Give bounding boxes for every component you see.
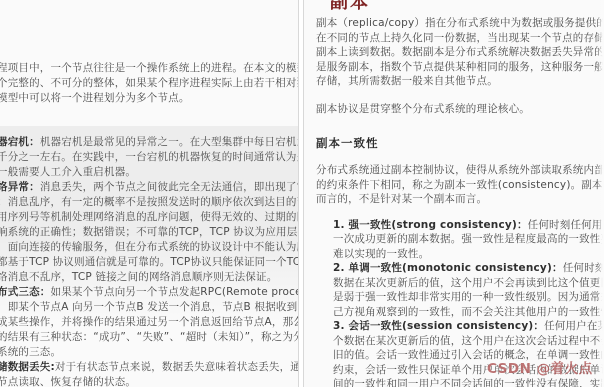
text-line: 响系统的正确性；数据错误；不可靠的TCP，TCP 协议为应用层提供了可 [0, 225, 298, 240]
text-line: 2. 单调一致性(monotonic consistency)：任何时刻，任何用… [333, 261, 604, 276]
text-line: 个完整的、不可分的整体，如果某个程序进程实际上由若干相对独立部分 [0, 76, 298, 91]
line-text: 一次成功更新的副本数据。强一致性是程度最高的一致性要求，也是 [333, 233, 604, 245]
text-line: 而言的，不是针对某一个副本而言。 [316, 192, 604, 207]
text-line: 1. 强一致性(strong consistency)：任何时刻任何用户或节点都… [333, 218, 604, 233]
line-text: 副本协议是贯穿整个分布式系统的理论核心。 [316, 103, 530, 115]
term-bold: 储数据丢失: [0, 361, 55, 373]
text-line: 一般需要人工介入重启机器。 [0, 165, 298, 180]
term-bold: 络异常： [0, 181, 40, 193]
text-line: 程项目中，一个节点往往是一个操作系统上的进程。在本文的模型中，认 [0, 61, 298, 76]
left-page: 程项目中，一个节点往往是一个操作系统上的进程。在本文的模型中，认 个完整的、不可… [0, 0, 299, 387]
line-text: 任何用户在某一次会话内一 [544, 320, 604, 332]
text-line: 一次成功更新的副本数据。强一致性是程度最高的一致性要求，也是 [333, 232, 604, 247]
text-line: 的约束条件下相同，称之为副本一致性(consistency)。副本一致性是针对 [316, 178, 604, 193]
line-text: 难以实现的一致性。 [333, 248, 429, 260]
text-line: ；消息乱序，有一定的概率不是按照发送时的顺序依次到达目的节点，考 [0, 195, 298, 210]
document-screenshot: 程项目中，一个节点往往是一个操作系统上的进程。在本文的模型中，认 个完整的、不可… [0, 0, 604, 387]
line-text: 系统的三态。 [0, 346, 61, 358]
paragraph: 器宕机：机器宕机是最常见的异常之一。在大型集群中每日宕机发生的概 千分之一左右。… [0, 135, 298, 387]
line-text: 副本上读到数据。数据副本是分布式系统解决数据丢失异常的唯一手段。 [316, 46, 604, 58]
line-text: 节点读取、恢复存储的状态。 [0, 376, 136, 387]
text-line: 是服务副本，指数个节点提供某种相同的服务，这种服务一般并不依赖于 [316, 60, 604, 75]
text-line: 难以实现的一致性。 [333, 247, 604, 262]
line-text: 千分之一左右。在实践中，一台宕机的机器恢复的时间通常认为是24 小 [0, 151, 299, 163]
line-text: 一般需要人工介入重启机器。 [0, 166, 136, 178]
text-line: 节点读取、恢复存储的状态。 [0, 375, 298, 387]
text-line: ，即某个节点A 向另一个节点B 发送一个消息，节点B 根据收到的消息内 [0, 300, 298, 315]
line-text: 在不同的节点上持久化同一份数据，当出现某一个节点的存储的数据丢失 [316, 32, 604, 44]
text-line: 络异常：消息丢失，两个节点之间彼此完全无法通信，即出现了“网络分 [0, 180, 298, 195]
text-line: 数据在某次更新后的值，这个用户不会再读到比这个值更旧的值。单 [333, 276, 604, 291]
text-line: 己方视角观察到的一致性，而不会关注其他用户的一致性情况。 [333, 305, 604, 320]
line-text: 都基于TCP 协议则通信就是可靠的。TCP协议只能保证同一个TCP 链接内 [0, 256, 299, 268]
term-bold: 器宕机： [0, 136, 40, 148]
text-line: 间的一致性和同一用户不同会话间的一致性没有保障，实践中有许多 [333, 377, 604, 387]
line-text: 分布式系统通过副本控制协议，使得从系统外部读取系统内部各个副本的 [316, 164, 604, 176]
line-text: 的约束条件下相同，称之为副本一致性(consistency)。副本一致性是针对 [316, 179, 604, 191]
term-bold: 布式三态： [0, 286, 51, 298]
text-line: 都基于TCP 协议则通信就是可靠的。TCP协议只能保证同一个TCP 链接内 [0, 255, 298, 270]
text-line: 是弱于强一致性却非常实用的一种一致性级别。因为通常来说，用户 [333, 290, 604, 305]
text-line: 存储，其所需数据一般来自其他节点。 [316, 74, 604, 89]
text-line: 系统的三态。 [0, 345, 298, 360]
left-page-text: 程项目中，一个节点往往是一个操作系统上的进程。在本文的模型中，认 个完整的、不可… [0, 0, 298, 387]
line-text: ；消息乱序，有一定的概率不是按照发送时的顺序依次到达目的节点，考 [0, 196, 299, 208]
text-line: 储数据丢失:对于有状态节点来说，数据丢失意味着状态丢失，通常只能从 [0, 360, 298, 375]
section-heading: 副本一致性 [316, 135, 604, 151]
line-text: 存储，其所需数据一般来自其他节点。 [316, 75, 498, 87]
line-text: 己方视角观察到的一致性，而不会关注其他用户的一致性情况。 [333, 306, 604, 318]
text-line: 个数据在某次更新后的值，这个用户在这次会话过程中不会再读到比 [333, 334, 604, 349]
right-page: 副本 副本（replica/copy）指在分布式系统中为数据或服务提供的冗余。对… [303, 0, 604, 387]
text-line: 副本（replica/copy）指在分布式系统中为数据或服务提供的冗余。对于 [316, 16, 604, 31]
line-text: ，即某个节点A 向另一个节点B 发送一个消息，节点B 根据收到的消息内 [0, 301, 299, 313]
line-text: 而言的，不是针对某一个副本而言。 [316, 193, 487, 205]
text-line: 用序列号等机制处理网络消息的乱序问题，使得无效的、过期的网络消息 [0, 210, 298, 225]
text-line: 副本上读到数据。数据副本是分布式系统解决数据丢失异常的唯一手段。 [316, 45, 604, 60]
line-text: 个完整的、不可分的整体，如果某个程序进程实际上由若干相对独立部分 [0, 77, 299, 89]
term-bold: 1. 强一致性(strong consistency)： [333, 219, 528, 231]
line-text: 是弱于强一致性却非常实用的一种一致性级别。因为通常来说，用户 [333, 291, 604, 303]
line-text: 对于有状态节点来说，数据丢失意味着状态丢失，通常只能从 [55, 361, 299, 373]
text-line: 的结果有三种状态：“成功”、“失败”、“超时（未知）”，称之为分 [0, 330, 298, 345]
line-text: 用序列号等机制处理网络消息的乱序问题，使得无效的、过期的网络消息 [0, 211, 299, 223]
line-text: 个数据在某次更新后的值，这个用户在这次会话过程中不会再读到比 [333, 335, 604, 347]
text-line: 布式三态：如果某个节点向另一个节点发起RPC(Remote procedure … [0, 285, 298, 300]
text-line: 在不同的节点上持久化同一份数据，当出现某一个节点的存储的数据丢失 [316, 31, 604, 46]
text-line: 分布式系统通过副本控制协议，使得从系统外部读取系统内部各个副本的 [316, 163, 604, 178]
paragraph: 副本协议是贯穿整个分布式系统的理论核心。 [316, 102, 604, 117]
text-line: 、面向连接的传输服务，但在分布式系统的协议设计中不能认为所有网络 [0, 240, 298, 255]
paragraph: 副本（replica/copy）指在分布式系统中为数据或服务提供的冗余。对于 在… [316, 16, 604, 89]
line-text: 任何时刻任何用户或节点都可以 [528, 219, 604, 231]
line-text: 机器宕机是最常见的异常之一。在大型集群中每日宕机发生的概 [40, 136, 299, 148]
line-text: 间的一致性和同一用户不同会话间的一致性没有保障，实践中有许多 [333, 378, 604, 387]
text-line: 模型中可以将一个进程划分为多个节点。 [0, 91, 298, 106]
line-text: 成某些操作，并将操作的结果通过另一个消息返回给节点A，那么这个RPC [0, 316, 299, 328]
paragraph: 程项目中，一个节点往往是一个操作系统上的进程。在本文的模型中，认 个完整的、不可… [0, 61, 298, 106]
line-text: 程项目中，一个节点往往是一个操作系统上的进程。在本文的模型中，认 [0, 62, 299, 74]
text-line: 3. 会话一致性(session consistency)：任何用户在某一次会话… [333, 319, 604, 334]
text-line: 成某些操作，并将操作的结果通过另一个消息返回给节点A，那么这个RPC [0, 315, 298, 330]
line-text: 模型中可以将一个进程划分为多个节点。 [0, 92, 190, 104]
text-line: 器宕机：机器宕机是最常见的异常之一。在大型集群中每日宕机发生的概 [0, 135, 298, 150]
line-text: 响系统的正确性；数据错误；不可靠的TCP，TCP 协议为应用层提供了可 [0, 226, 299, 238]
line-text: 的结果有三种状态：“成功”、“失败”、“超时（未知）”，称之为分 [0, 331, 299, 343]
line-text: 副本（replica/copy）指在分布式系统中为数据或服务提供的冗余。对于 [316, 17, 604, 29]
line-text: 络消息不乱序，TCP 链接之间的网络消息顺序则无法保证。 [0, 271, 277, 283]
line-text: 是服务副本，指数个节点提供某种相同的服务，这种服务一般并不依赖于 [316, 61, 604, 73]
text-line: 络消息不乱序，TCP 链接之间的网络消息顺序则无法保证。 [0, 270, 298, 285]
text-line: 副本协议是贯穿整个分布式系统的理论核心。 [316, 102, 604, 117]
line-text: 数据在某次更新后的值，这个用户不会再读到比这个值更旧的值。单 [333, 277, 604, 289]
text-line: 千分之一左右。在实践中，一台宕机的机器恢复的时间通常认为是24 小 [0, 150, 298, 165]
csdn-watermark: CSDN @着火点 [487, 357, 593, 377]
term-bold: 3. 会话一致性(session consistency)： [333, 320, 544, 332]
line-text: 消息丢失，两个节点之间彼此完全无法通信，即出现了“网络分 [40, 181, 299, 193]
line-text: 、面向连接的传输服务，但在分布式系统的协议设计中不能认为所有网络 [0, 241, 299, 253]
term-bold: 2. 单调一致性(monotonic consistency)： [333, 262, 563, 274]
right-page-text: 副本（replica/copy）指在分布式系统中为数据或服务提供的冗余。对于 在… [304, 0, 604, 387]
line-text: 如果某个节点向另一个节点发起RPC(Remote procedure call) [51, 286, 300, 298]
paragraph: 分布式系统通过副本控制协议，使得从系统外部读取系统内部各个副本的 的约束条件下相… [316, 163, 604, 207]
page-edge-fade [597, 0, 604, 387]
